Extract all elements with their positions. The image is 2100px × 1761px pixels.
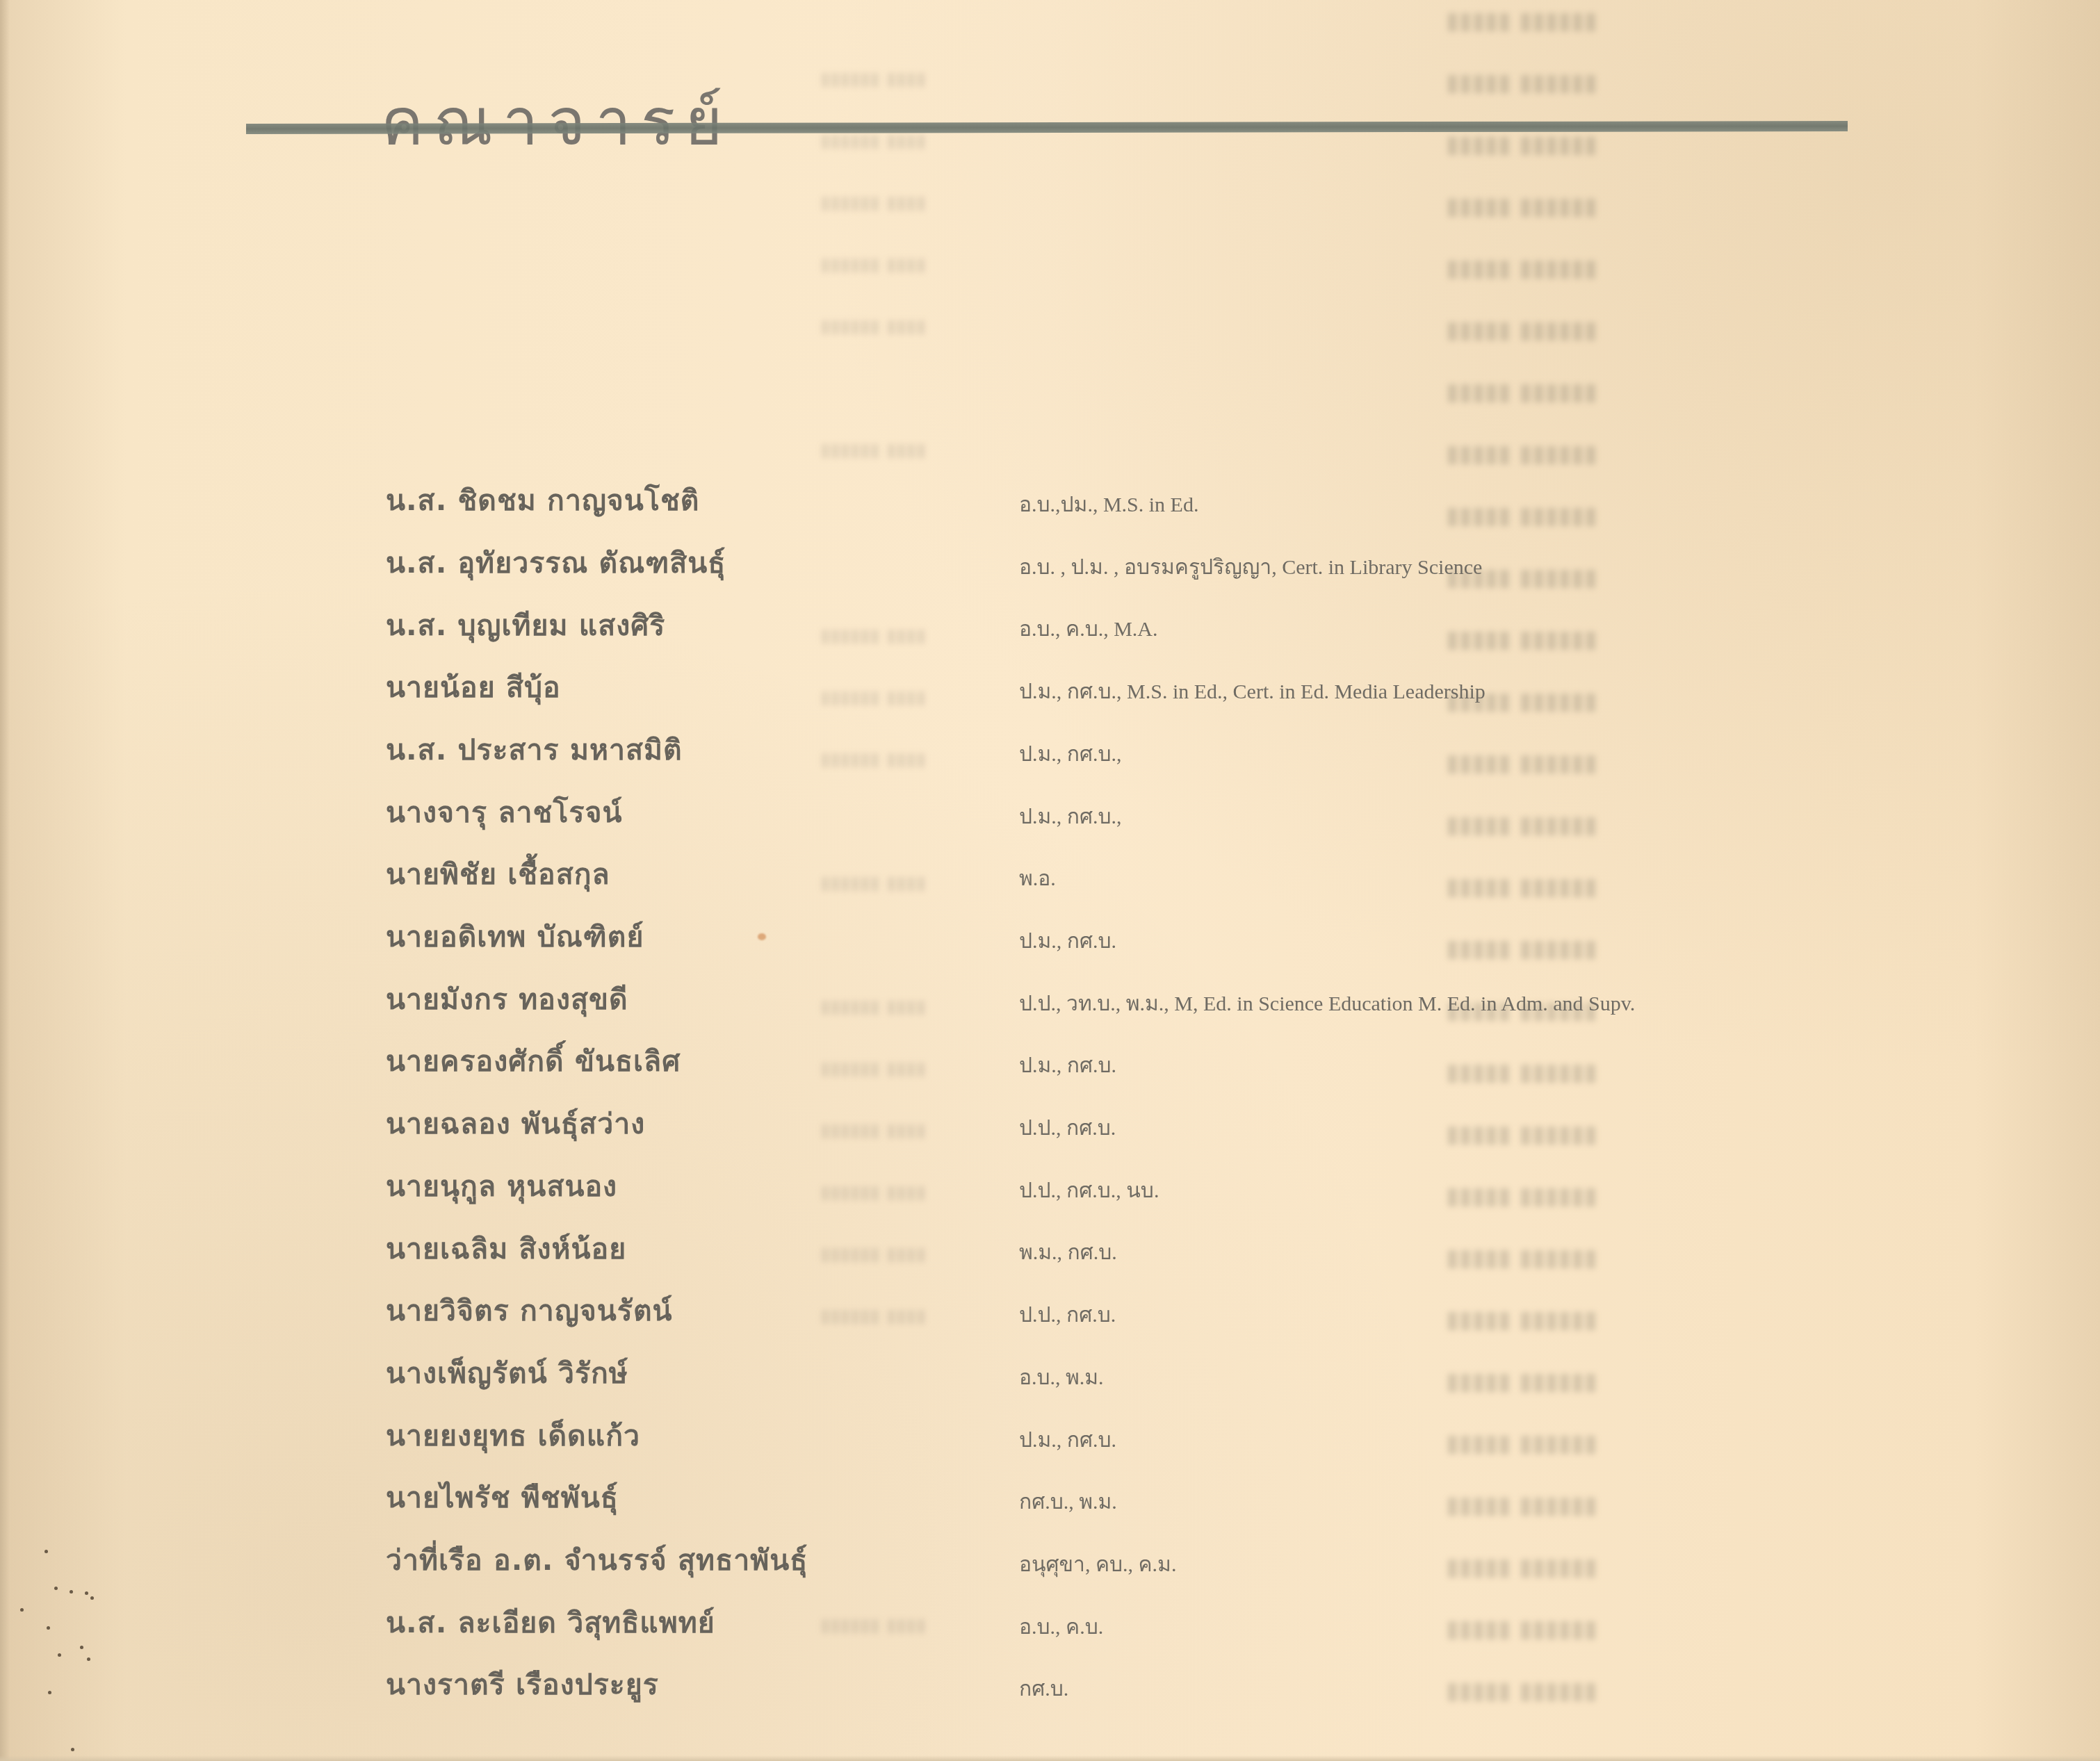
faculty-name: น.ส. ประสาร มหาสมิติ — [386, 723, 683, 778]
faculty-name: นายมังกร ทองสุขดี — [386, 973, 628, 1027]
faculty-row: น.ส. ประสาร มหาสมิติ ป.ม., กศ.บ., — [0, 722, 2100, 778]
stain — [758, 933, 766, 940]
faculty-name: ว่าที่เรือ อ.ต. จำนรรจ์ สุทธาพันธุ์ — [386, 1534, 808, 1588]
faculty-name: น.ส. อุทัยวรรณ ตัณฑสินธุ์ — [386, 537, 726, 591]
faculty-row: นายนุกูล หุนสนอง ป.ป., กศ.บ., นบ. — [0, 1158, 2100, 1214]
faculty-row: น.ส. ละเอียด วิสุทธิแพทย์ อ.บ., ค.บ. — [0, 1595, 2100, 1651]
speck — [70, 1590, 73, 1594]
faculty-row: นายเฉลิม สิงห์น้อย พ.ม., กศ.บ. — [0, 1220, 2100, 1276]
faculty-qualifications: ป.ม., กศ.บ., — [1019, 798, 1122, 836]
faculty-row: นายไพรัช พืชพันธุ์ กศ.บ., พ.ม. — [0, 1470, 2100, 1525]
faculty-qualifications: ป.ม., กศ.บ., — [1019, 736, 1122, 773]
faculty-name: นายครองศักดิ์ ขันธเลิศ — [386, 1035, 681, 1089]
faculty-name: น.ส. บุญเทียม แสงศิริ — [386, 599, 665, 653]
speck — [47, 1626, 50, 1630]
faculty-qualifications: ป.ป., วท.บ., พ.ม., M, Ed. in Science Edu… — [1019, 985, 1635, 1023]
faculty-qualifications: พ.อ. — [1019, 860, 1056, 898]
faculty-qualifications: ป.ม., กศ.บ. — [1019, 1047, 1116, 1085]
faculty-qualifications: อ.บ., ค.บ., M.A. — [1019, 611, 1158, 648]
speck — [44, 1550, 48, 1553]
faculty-qualifications: ป.ม., กศ.บ. — [1019, 1422, 1116, 1459]
faculty-qualifications: ป.ป., กศ.บ. — [1019, 1297, 1116, 1334]
faculty-row: นายยงยุทธ เด็ดแก้ว ป.ม., กศ.บ. — [0, 1408, 2100, 1464]
faculty-row: นายมังกร ทองสุขดี ป.ป., วท.บ., พ.ม., M, … — [0, 972, 2100, 1027]
faculty-name: นายยงยุทธ เด็ดแก้ว — [386, 1409, 640, 1464]
faculty-name: นายพิชัย เชื้อสกุล — [386, 848, 610, 902]
faculty-row: นายอดิเทพ บัณฑิตย์ ป.ม., กศ.บ. — [0, 909, 2100, 965]
faculty-qualifications: อ.บ. , ป.ม. , อบรมครูปริญญา, Cert. in Li… — [1019, 549, 1482, 587]
faculty-list: น.ส. ชิดชม กาญจนโชติ อ.บ.,ปม., M.S. in E… — [0, 0, 2100, 1761]
faculty-qualifications: ป.ม., กศ.บ., M.S. in Ed., Cert. in Ed. M… — [1019, 673, 1486, 711]
speck — [87, 1657, 90, 1661]
speck — [48, 1691, 51, 1694]
faculty-name: น.ส. ละเอียด วิสุทธิแพทย์ — [386, 1596, 715, 1651]
faculty-name: น.ส. ชิดชม กาญจนโชติ — [386, 474, 699, 528]
faculty-name: นายนุกูล หุนสนอง — [386, 1160, 617, 1214]
faculty-qualifications: อ.บ.,ปม., M.S. in Ed. — [1019, 486, 1198, 524]
faculty-name: นายวิจิตร กาญจนรัตน์ — [386, 1284, 673, 1338]
faculty-qualifications: พ.ม., กศ.บ. — [1019, 1234, 1117, 1272]
faculty-qualifications: กศ.บ. — [1019, 1671, 1068, 1708]
speck — [85, 1591, 88, 1595]
faculty-name: นางเพ็ญรัตน์ วิรักษ์ — [386, 1347, 628, 1401]
faculty-row: น.ส. อุทัยวรรณ ตัณฑสินธุ์ อ.บ. , ป.ม. , … — [0, 535, 2100, 591]
faculty-name: นายไพรัช พืชพันธุ์ — [386, 1471, 619, 1525]
faculty-row: นายพิชัย เชื้อสกุล พ.อ. — [0, 846, 2100, 902]
faculty-row: น.ส. ชิดชม กาญจนโชติ อ.บ.,ปม., M.S. in E… — [0, 473, 2100, 528]
speck — [90, 1596, 94, 1600]
faculty-row: นางราตรี เรืองประยูร กศ.บ. — [0, 1657, 2100, 1712]
speck — [54, 1587, 58, 1590]
faculty-row: นายวิจิตร กาญจนรัตน์ ป.ป., กศ.บ. — [0, 1283, 2100, 1338]
faculty-qualifications: อ.บ., พ.ม. — [1019, 1359, 1104, 1397]
faculty-row: นายครองศักดิ์ ขันธเลิศ ป.ม., กศ.บ. — [0, 1033, 2100, 1089]
faculty-name: นายอดิเทพ บัณฑิตย์ — [386, 910, 644, 965]
faculty-name: นายฉลอง พันธุ์สว่าง — [386, 1097, 645, 1152]
faculty-name: นายน้อย สีบุ้อ — [386, 661, 561, 715]
faculty-qualifications: กศ.บ., พ.ม. — [1019, 1484, 1117, 1521]
faculty-name: นายเฉลิม สิงห์น้อย — [386, 1222, 626, 1277]
faculty-qualifications: อนุศุขา, คบ., ค.ม. — [1019, 1546, 1176, 1584]
faculty-name: นางจารุ ลาชโรจน์ — [386, 786, 622, 840]
faculty-row: ว่าที่เรือ อ.ต. จำนรรจ์ สุทธาพันธุ์ อนุศ… — [0, 1532, 2100, 1588]
faculty-qualifications: อ.บ., ค.บ. — [1019, 1609, 1103, 1646]
faculty-qualifications: ป.ม., กศ.บ. — [1019, 923, 1116, 960]
speck — [58, 1653, 61, 1657]
faculty-row: นางเพ็ญรัตน์ วิรักษ์ อ.บ., พ.ม. — [0, 1345, 2100, 1401]
faculty-qualifications: ป.ป., กศ.บ., นบ. — [1019, 1172, 1159, 1210]
faculty-row: นายฉลอง พันธุ์สว่าง ป.ป., กศ.บ. — [0, 1096, 2100, 1152]
faculty-row: นางจารุ ลาชโรจน์ ป.ม., กศ.บ., — [0, 785, 2100, 840]
faculty-name: นางราตรี เรืองประยูร — [386, 1658, 659, 1712]
speck — [71, 1748, 74, 1751]
speck — [80, 1646, 83, 1649]
speck — [20, 1608, 24, 1612]
faculty-qualifications: ป.ป., กศ.บ. — [1019, 1110, 1116, 1147]
faculty-row: นายน้อย สีบุ้อ ป.ม., กศ.บ., M.S. in Ed.,… — [0, 660, 2100, 715]
faculty-row: น.ส. บุญเทียม แสงศิริ อ.บ., ค.บ., M.A. — [0, 597, 2100, 653]
